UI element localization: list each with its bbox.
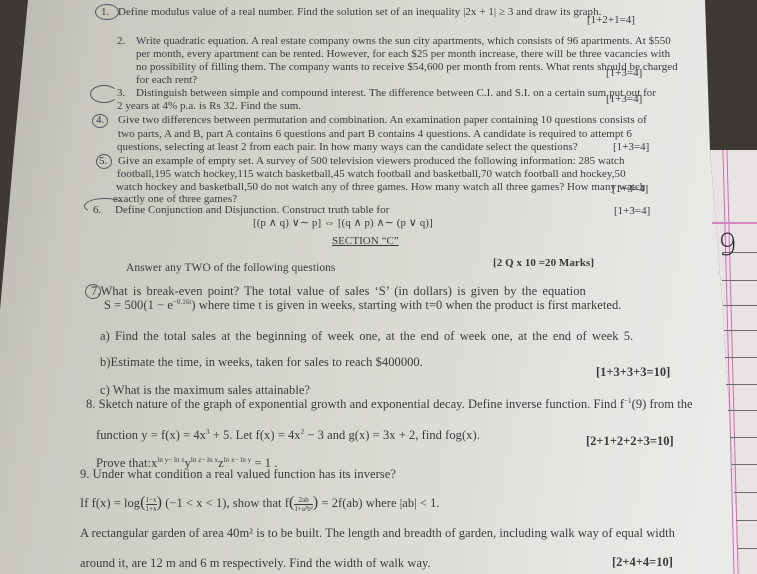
question-2-line: for each rent?	[136, 74, 197, 86]
notebook-rule-line	[726, 384, 757, 385]
notebook-rule-line	[724, 330, 757, 331]
question-number: 4.	[96, 114, 104, 126]
section-instruction: Answer any TWO of the following question…	[126, 262, 335, 274]
prove-exponent: ln y− ln z	[157, 456, 184, 464]
question-number: 8.	[86, 397, 95, 411]
section-title: SECTION “C”	[332, 235, 399, 247]
sales-formula: S = 500(1 − e	[104, 298, 173, 312]
log-text: = 2f(ab) where |ab| < 1.	[318, 496, 439, 510]
notebook-header-line	[712, 222, 757, 224]
question-4-line: two parts, A and B, part A contains 6 qu…	[118, 128, 632, 140]
question-6-line: Define Conjunction and Disjunction. Cons…	[115, 204, 389, 216]
question-4-line: Give two differences between permutation…	[118, 114, 647, 126]
fraction-denominator: 1+x	[146, 505, 157, 513]
question-4-marks: [1+3=4]	[613, 141, 649, 153]
garden-line: A rectangular garden of area 40m² is to …	[80, 526, 675, 541]
question-1-marks: [1+2+1=4]	[587, 14, 635, 26]
question-number: 9.	[80, 467, 89, 481]
log-function-line: If f(x) = log(1−x1+x) (−1 < x < 1), show…	[80, 494, 440, 513]
fraction-numerator: 1−x	[146, 496, 157, 505]
function-definition-line: function y = f(x) = 4x3 + 5. Let f(x) = …	[96, 428, 480, 443]
question-number: 6.	[93, 204, 101, 216]
notebook-rule-line	[730, 437, 757, 438]
notebook-rule-line	[736, 520, 757, 521]
question-2-line: no possibility of filling them. The comp…	[136, 61, 678, 73]
notebook-rule-line	[728, 410, 757, 411]
notebook-rule-line	[725, 357, 757, 358]
question-1-text: Define modulus value of a real number. F…	[118, 6, 601, 18]
inverse-argument: (9)	[632, 397, 647, 411]
question-number: 2.	[117, 35, 125, 47]
question-7-line: 7.What is break-even point? The total va…	[91, 284, 586, 299]
question-2-line: per month, every apartment can be rented…	[136, 48, 670, 60]
notebook-rule-line	[722, 280, 757, 281]
question-7-part-a: a) Find the total sales at the beginning…	[100, 329, 633, 344]
function-text: function y = f(x) = 4x	[96, 428, 206, 442]
fraction: 1−x1+x	[146, 496, 157, 513]
question-2-line: Write quadratic equation. A real estate …	[136, 35, 671, 47]
fraction-denominator: 1+a²b²	[294, 505, 313, 513]
truth-table-expression: [(p ∧ q) ∨∼ p] ⇔ [(q ∧ p) ∧∼ (p ∨ q)]	[253, 216, 433, 229]
question-9-text: Under what condition a real valued funct…	[93, 467, 396, 481]
question-7-line-2: where time t is given in weeks, starting…	[199, 298, 622, 312]
question-number: 5.	[99, 155, 107, 167]
question-5-line: football,195 watch hockey,115 watch bask…	[117, 168, 626, 180]
question-9-line: 9. Under what condition a real valued fu…	[80, 467, 396, 482]
handwritten-circle	[90, 85, 118, 103]
sales-formula-exponent: −0.16t	[173, 298, 191, 306]
prove-exponent: ln x− ln y	[224, 456, 252, 464]
question-2-marks: [1+3=4]	[606, 67, 642, 79]
question-3-marks: [1+3=4]	[606, 93, 642, 105]
question-8-marks: [2+1+2+2+3=10]	[586, 434, 674, 449]
section-marks: [2 Q x 10 =20 Marks]	[493, 257, 594, 269]
fraction: 2ab1+a²b²	[294, 496, 313, 513]
function-text: + 5. Let f(x) = 4x	[210, 428, 301, 442]
question-number: 3.	[117, 87, 125, 99]
inverse-exponent: −1	[624, 397, 632, 405]
question-9-marks: [2+4+4=10]	[612, 555, 673, 570]
garden-line: around it, are 12 m and 6 m respectively…	[80, 556, 431, 571]
notebook-rule-line	[734, 492, 757, 493]
question-5-line: Give an example of empty set. A survey o…	[118, 155, 625, 167]
sales-formula-end: )	[191, 298, 195, 312]
notebook-rule-line	[732, 464, 757, 465]
question-7-marks: [1+3+3+3=10]	[596, 365, 670, 380]
question-5-line: watch hockey and basketball,50 do not wa…	[116, 181, 645, 193]
sales-equation-line: S = 500(1 − e−0.16t) where time t is giv…	[104, 298, 621, 313]
function-text: − 3 and g(x) = 3x + 2, find fog(x).	[304, 428, 480, 442]
log-text: (−1 < x < 1), show that f	[162, 496, 289, 510]
question-3-line: 2 years at 4% p.a. is Rs 32. Find the su…	[117, 100, 301, 112]
handwritten-grade: 9	[718, 228, 737, 263]
question-6-marks: [1+3=4]	[614, 205, 650, 217]
question-7-text: What is break-even point? The total valu…	[100, 284, 585, 298]
question-number: 1.	[101, 6, 109, 18]
question-8-line: 8. Sketch nature of the graph of exponen…	[86, 397, 693, 412]
question-7-part-c: c) What is the maximum sales attainable?	[100, 383, 310, 398]
question-7-part-b: b)Estimate the time, in weeks, taken for…	[100, 355, 423, 370]
question-3-line: Distinguish between simple and compound …	[136, 87, 656, 99]
log-text: If f(x) = log	[80, 496, 140, 510]
question-5-marks: [1+3=4]	[612, 183, 648, 195]
question-8-text-end: from the	[650, 397, 693, 411]
question-8-text: Sketch nature of the graph of exponentia…	[99, 397, 617, 411]
notebook-rule-line	[738, 548, 757, 549]
question-4-line: questions, selecting at least 2 from eac…	[117, 141, 578, 153]
notebook-rule-line	[723, 305, 757, 306]
prove-exponent: ln z− ln x	[191, 456, 218, 464]
fraction-numerator: 2ab	[294, 496, 313, 505]
